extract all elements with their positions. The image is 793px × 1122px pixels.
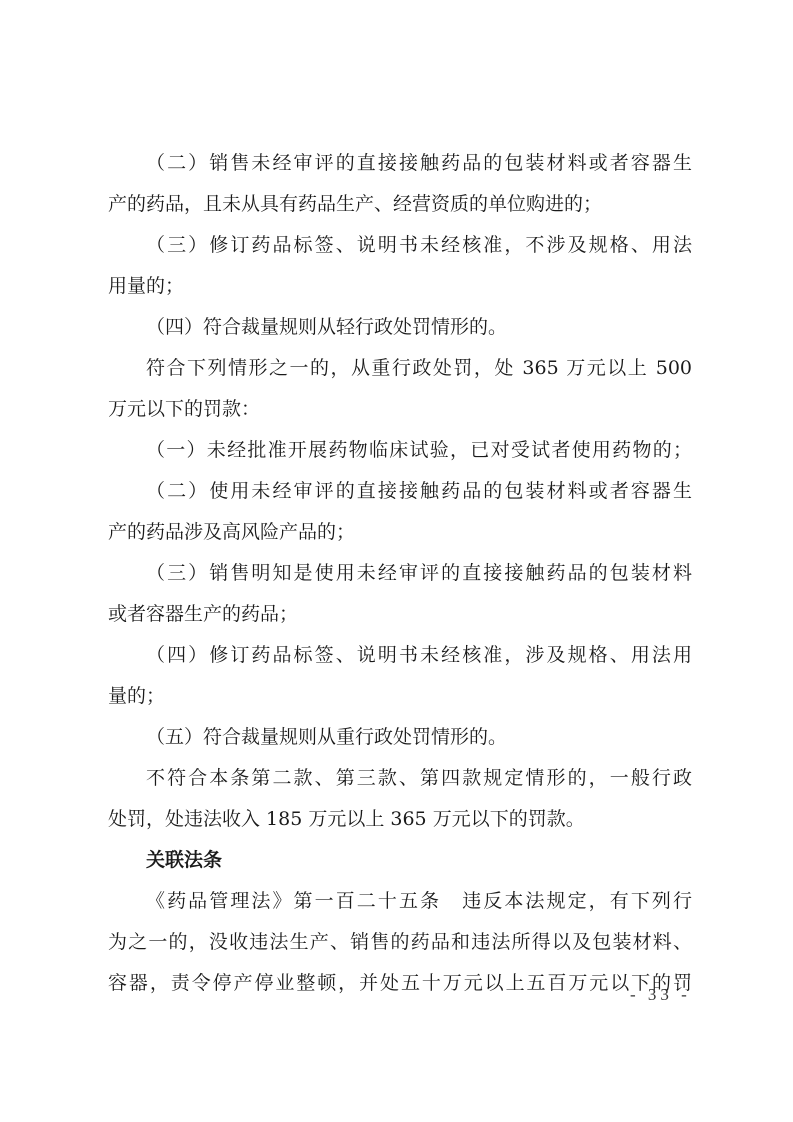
document-body: （二）销售未经审评的直接接触药品的包装材料或者容器生 产的药品，且未从具有药品生…: [108, 148, 692, 1009]
text-line: （三）销售明知是使用未经审评的直接接触药品的包装材料: [108, 558, 692, 599]
text-line: （二）使用未经审评的直接接触药品的包装材料或者容器生: [108, 476, 692, 517]
text-line: 不符合本条第二款、第三款、第四款规定情形的，一般行政: [108, 763, 692, 804]
text-line: 处罚，处违法收入 185 万元以上 365 万元以下的罚款。: [108, 804, 692, 845]
text-line: （三）修订药品标签、说明书未经核准，不涉及规格、用法: [108, 230, 692, 271]
text-line: （一）未经批准开展药物临床试验，已对受试者使用药物的；: [108, 435, 692, 476]
text-line: 万元以下的罚款：: [108, 394, 692, 435]
text-line: 或者容器生产的药品；: [108, 599, 692, 640]
text-line: 为之一的，没收违法生产、销售的药品和违法所得以及包装材料、: [108, 927, 692, 968]
text-line: （二）销售未经审评的直接接触药品的包装材料或者容器生: [108, 148, 692, 189]
text-line: （五）符合裁量规则从重行政处罚情形的。: [108, 722, 692, 763]
text-line: 用量的；: [108, 271, 692, 312]
text-line: 容器，责令停产停业整顿，并处五十万元以上五百万元以下的罚: [108, 968, 692, 1009]
text-line: 产的药品涉及高风险产品的；: [108, 517, 692, 558]
text-line: 量的；: [108, 681, 692, 722]
page-number: - 33 -: [630, 985, 691, 1005]
text-line: 《药品管理法》第一百二十五条 违反本法规定，有下列行: [108, 886, 692, 927]
text-line: （四）符合裁量规则从轻行政处罚情形的。: [108, 312, 692, 353]
text-line: 产的药品，且未从具有药品生产、经营资质的单位购进的；: [108, 189, 692, 230]
text-line: （四）修订药品标签、说明书未经核准，涉及规格、用法用: [108, 640, 692, 681]
text-line: 符合下列情形之一的，从重行政处罚，处 365 万元以上 500: [108, 353, 692, 394]
section-heading: 关联法条: [108, 845, 692, 886]
